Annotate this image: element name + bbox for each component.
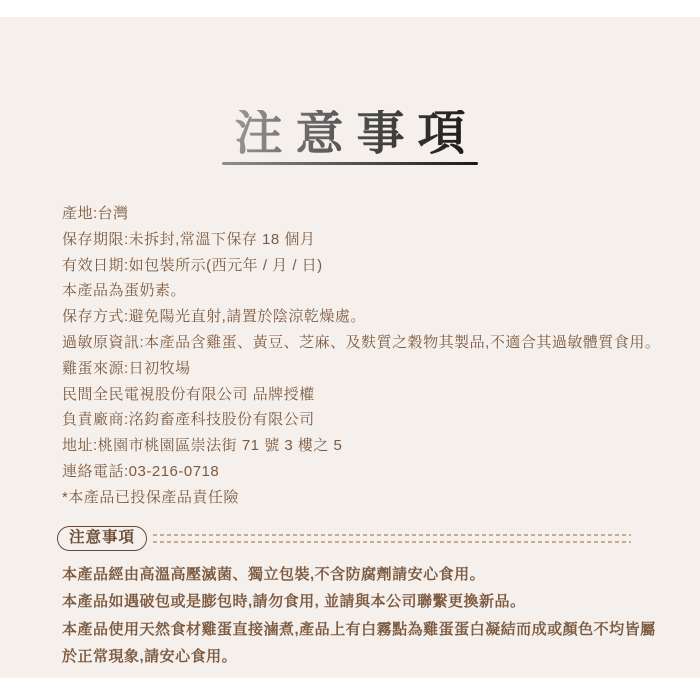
notice-paragraphs: 本產品經由高溫高壓滅菌、獨立包裝,不含防腐劑請安心食用。 本產品如遇破包或是膨包…	[62, 561, 664, 671]
info-line-origin: 產地:台灣	[62, 201, 664, 227]
info-line-phone: 連絡電話:03-216-0718	[62, 459, 664, 485]
info-line-allergens: 過敏原資訊:本產品含雞蛋、黃豆、芝麻、及麩質之穀物其製品,不適合其過敏體質食用。	[62, 330, 664, 356]
product-info-list: 產地:台灣 保存期限:未拆封,常溫下保存 18 個月 有效日期:如包裝所示(西元…	[62, 201, 664, 511]
notice-paragraph-natural-ingredients: 本產品使用天然食材雞蛋直接滷煮,產品上有白霧點為雞蛋蛋白凝結而成或顏色不均皆屬於…	[62, 616, 664, 671]
info-line-address: 地址:桃園市桃園區崇法街 71 號 3 樓之 5	[62, 433, 664, 459]
info-line-insurance: *本產品已投保產品責任險	[62, 485, 664, 511]
notice-badge: 注意事項	[57, 526, 147, 551]
title-underline	[222, 162, 478, 165]
notice-panel: 注意事項 產地:台灣 保存期限:未拆封,常溫下保存 18 個月 有效日期:如包裝…	[0, 17, 700, 678]
page: 注意事項 產地:台灣 保存期限:未拆封,常溫下保存 18 個月 有效日期:如包裝…	[0, 0, 700, 700]
page-title-text: 注意事項	[222, 110, 491, 158]
info-line-vegetarian: 本產品為蛋奶素。	[62, 278, 664, 304]
info-line-manufacturer: 負責廠商:洺鈞畜產科技股份有限公司	[62, 407, 664, 433]
info-line-storage: 保存方式:避免陽光直射,請置於陰涼乾燥處。	[62, 304, 664, 330]
page-title: 注意事項	[222, 17, 478, 165]
info-line-shelf-life: 保存期限:未拆封,常溫下保存 18 個月	[62, 227, 664, 253]
notice-paragraph-sterilization: 本產品經由高溫高壓滅菌、獨立包裝,不含防腐劑請安心食用。	[62, 561, 664, 589]
dashed-divider	[153, 533, 631, 543]
notice-badge-row: 注意事項	[57, 526, 700, 551]
info-line-egg-source: 雞蛋來源:日初牧場	[62, 356, 664, 382]
info-line-expiry-date: 有效日期:如包裝所示(西元年 / 月 / 日)	[62, 253, 664, 279]
info-line-brand-license: 民間全民電視股份有限公司 品牌授權	[62, 382, 664, 408]
notice-paragraph-damaged-package: 本產品如遇破包或是膨包時,請勿食用, 並請與本公司聯繫更換新品。	[62, 588, 664, 616]
